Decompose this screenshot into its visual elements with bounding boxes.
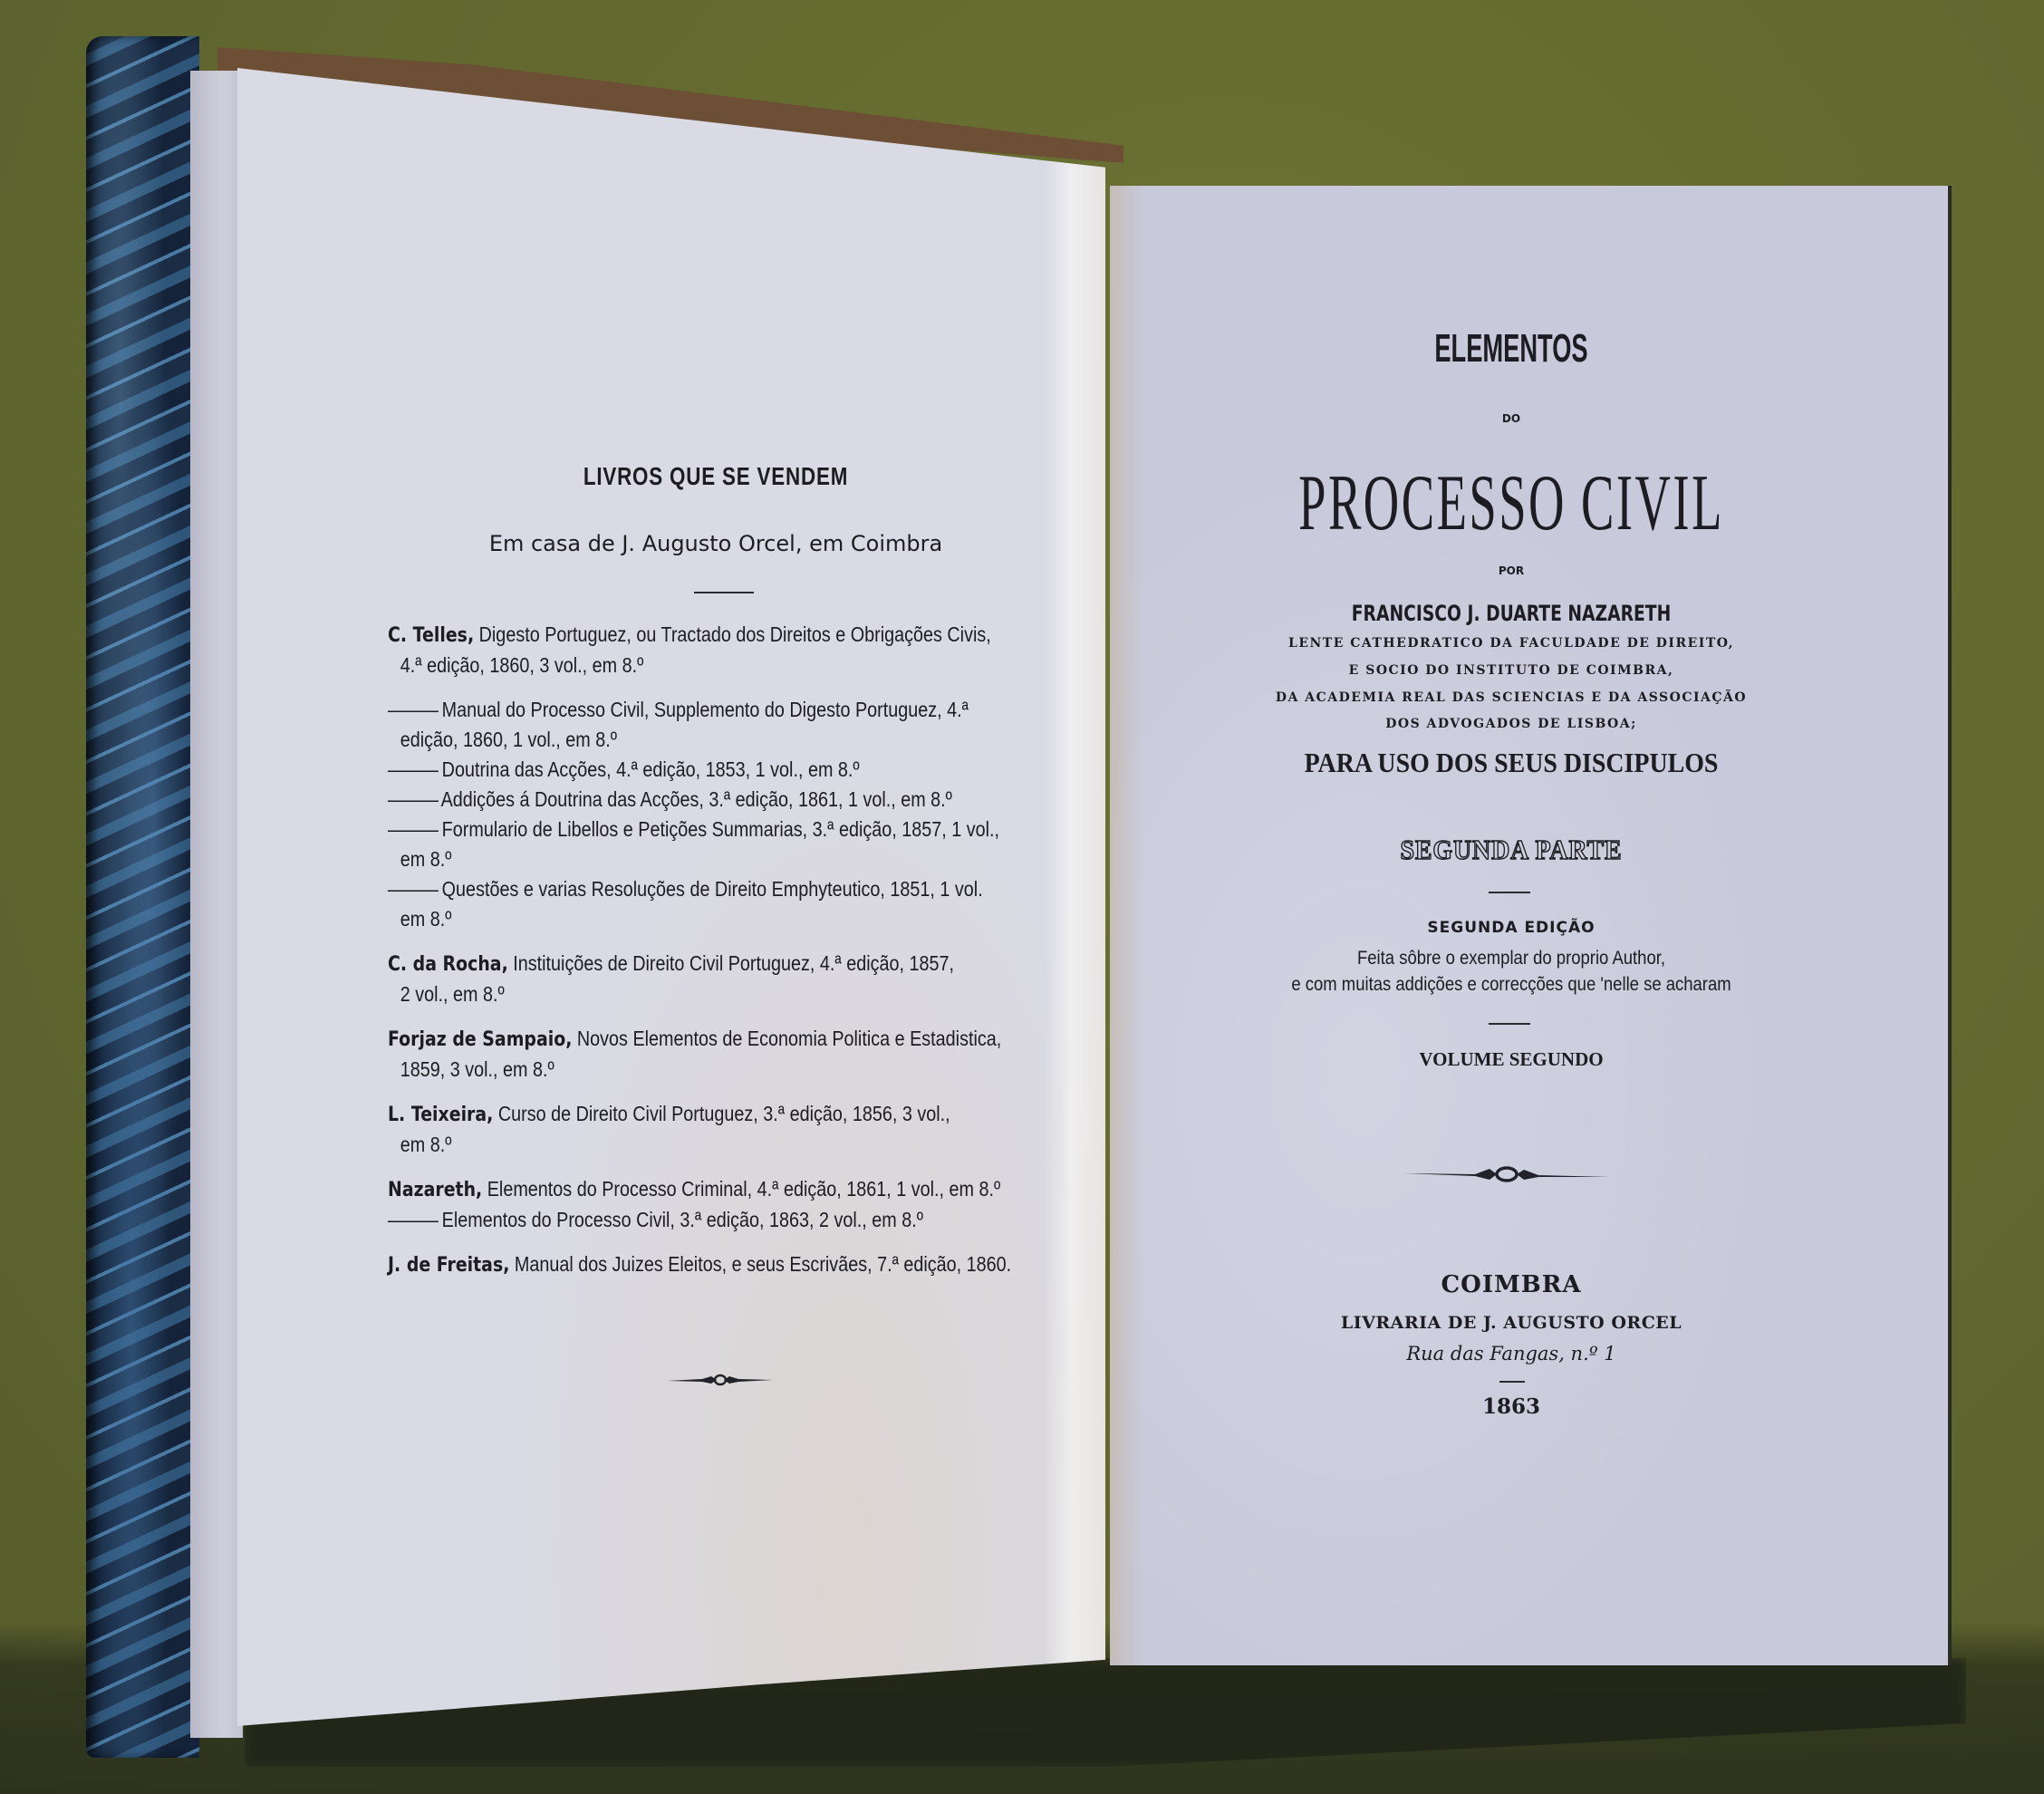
ditto-dash: ———: [388, 698, 437, 721]
imprint-publisher: LIVRARIA DE J. AUGUSTO ORCEL: [1341, 1313, 1682, 1333]
left-page-subtitle: Em casa de J. Augusto Orcel, em Coimbra: [489, 531, 942, 556]
list-item: ——— Manual do Processo Civil, Supplement…: [388, 695, 1040, 755]
list-item: ——— Formulario de Libellos e Petições Su…: [388, 815, 1040, 874]
entry-text: 1859, 3 vol., em 8.º: [400, 1057, 554, 1081]
author-name: FRANCISCO J. DUARTE NAZARETH: [1352, 601, 1671, 626]
ditto-dash: ———: [388, 877, 437, 901]
marbled-cover-binding: [86, 36, 199, 1758]
author-credential: DA ACADEMIA REAL DAS SCIENCIAS E DA ASSO…: [1276, 690, 1747, 705]
ditto-dash: ———: [388, 757, 437, 781]
ditto-dash: ———: [388, 817, 437, 841]
ditto-dash: ———: [388, 1208, 437, 1231]
entry-text: Elementos do Processo Criminal, 4.ª ediç…: [487, 1177, 1000, 1201]
ornament-icon: [666, 1373, 775, 1387]
divider-rule: [1489, 892, 1530, 893]
author-credential: LENTE CATHEDRATICO DA FACULDADE DE DIREI…: [1288, 636, 1734, 651]
list-item: C. Telles, Digesto Portuguez, ou Tractad…: [388, 620, 1040, 680]
entry-text: 4.ª edição, 1860, 3 vol., em 8.º: [400, 653, 644, 677]
entry-text: em 8.º: [400, 907, 452, 931]
entry-author: L. Teixeira,: [388, 1104, 493, 1126]
entry-author: C. da Rocha,: [388, 953, 508, 976]
entry-text: 2 vol., em 8.º: [400, 982, 505, 1006]
entry-text: Novos Elementos de Economia Politica e E…: [577, 1027, 1001, 1050]
entry-author: J. de Freitas,: [388, 1254, 509, 1277]
edition-note: e com muitas addições e correcções que '…: [1291, 974, 1731, 996]
left-page-title: LIVROS QUE SE VENDEM: [583, 462, 848, 491]
title-top: ELEMENTOS: [1434, 326, 1587, 371]
entry-text: Addições á Doutrina das Acções, 3.ª ediç…: [441, 787, 952, 811]
list-item: ——— Addições á Doutrina das Acções, 3.ª …: [388, 785, 1040, 815]
volume-label: VOLUME SEGUNDO: [1419, 1048, 1603, 1071]
divider-rule: [1499, 1381, 1525, 1383]
title-connector: DO: [1502, 412, 1520, 425]
by-label: POR: [1499, 564, 1524, 577]
author-credential: DOS ADVOGADOS DE LISBOA;: [1385, 717, 1637, 731]
ditto-dash: ———: [388, 787, 437, 811]
entry-text: edição, 1860, 1 vol., em 8.º: [400, 728, 617, 751]
imprint-address: Rua das Fangas, n.º 1: [1406, 1343, 1615, 1365]
part-label: SEGUNDA PARTE: [1400, 834, 1622, 866]
entry-text: em 8.º: [400, 847, 452, 871]
entry-text: Formulario de Libellos e Petições Summar…: [442, 817, 999, 841]
ornament-icon: [1403, 1164, 1611, 1184]
entry-text: Questões e varias Resoluções de Direito …: [442, 877, 983, 901]
list-item: Forjaz de Sampaio, Novos Elementos de Ec…: [388, 1024, 1040, 1085]
list-item: Nazareth, Elementos do Processo Criminal…: [388, 1174, 1040, 1205]
purpose-line: PARA USO DOS SEUS DISCIPULOS: [1305, 747, 1719, 779]
edition-label: SEGUNDA EDIÇÃO: [1427, 919, 1595, 937]
endpaper-strip: [190, 71, 243, 1738]
main-title: PROCESSO CIVIL: [1298, 464, 1724, 544]
list-item: C. da Rocha, Instituições de Direito Civ…: [388, 949, 1040, 1009]
imprint-year: 1863: [1482, 1394, 1540, 1419]
list-item: L. Teixeira, Curso de Direito Civil Port…: [388, 1099, 1040, 1160]
entry-author: Nazareth,: [388, 1179, 482, 1201]
divider-rule: [1489, 1023, 1530, 1025]
entry-author: Forjaz de Sampaio,: [388, 1028, 572, 1051]
edition-note: Feita sôbre o exemplar do proprio Author…: [1357, 948, 1665, 969]
entry-text: Instituições de Direito Civil Portuguez,…: [513, 951, 954, 975]
list-item: ——— Doutrina das Acções, 4.ª edição, 185…: [388, 755, 1040, 785]
entry-text: Elementos do Processo Civil, 3.ª edição,…: [442, 1208, 923, 1231]
list-item: ——— Elementos do Processo Civil, 3.ª edi…: [388, 1205, 1040, 1235]
entry-text: em 8.º: [400, 1133, 452, 1156]
entry-author: C. Telles,: [388, 624, 474, 647]
entry-text: Manual dos Juizes Eleitos, e seus Escriv…: [515, 1252, 1011, 1276]
list-item: J. de Freitas, Manual dos Juizes Eleitos…: [388, 1249, 1040, 1280]
divider-rule: [694, 592, 754, 593]
author-credential: E SOCIO DO INSTITUTO DE COIMBRA,: [1349, 663, 1674, 678]
entry-text: Curso de Direito Civil Portuguez, 3.ª ed…: [498, 1102, 950, 1125]
entry-text: Doutrina das Acções, 4.ª edição, 1853, 1…: [442, 757, 860, 781]
list-item: ——— Questões e varias Resoluções de Dire…: [388, 874, 1040, 934]
book-list: C. Telles, Digesto Portuguez, ou Tractad…: [388, 620, 1040, 1295]
entry-text: Manual do Processo Civil, Supplemento do…: [442, 698, 969, 721]
entry-text: Digesto Portuguez, ou Tractado dos Direi…: [479, 622, 991, 646]
imprint-city: COIMBRA: [1441, 1271, 1581, 1298]
